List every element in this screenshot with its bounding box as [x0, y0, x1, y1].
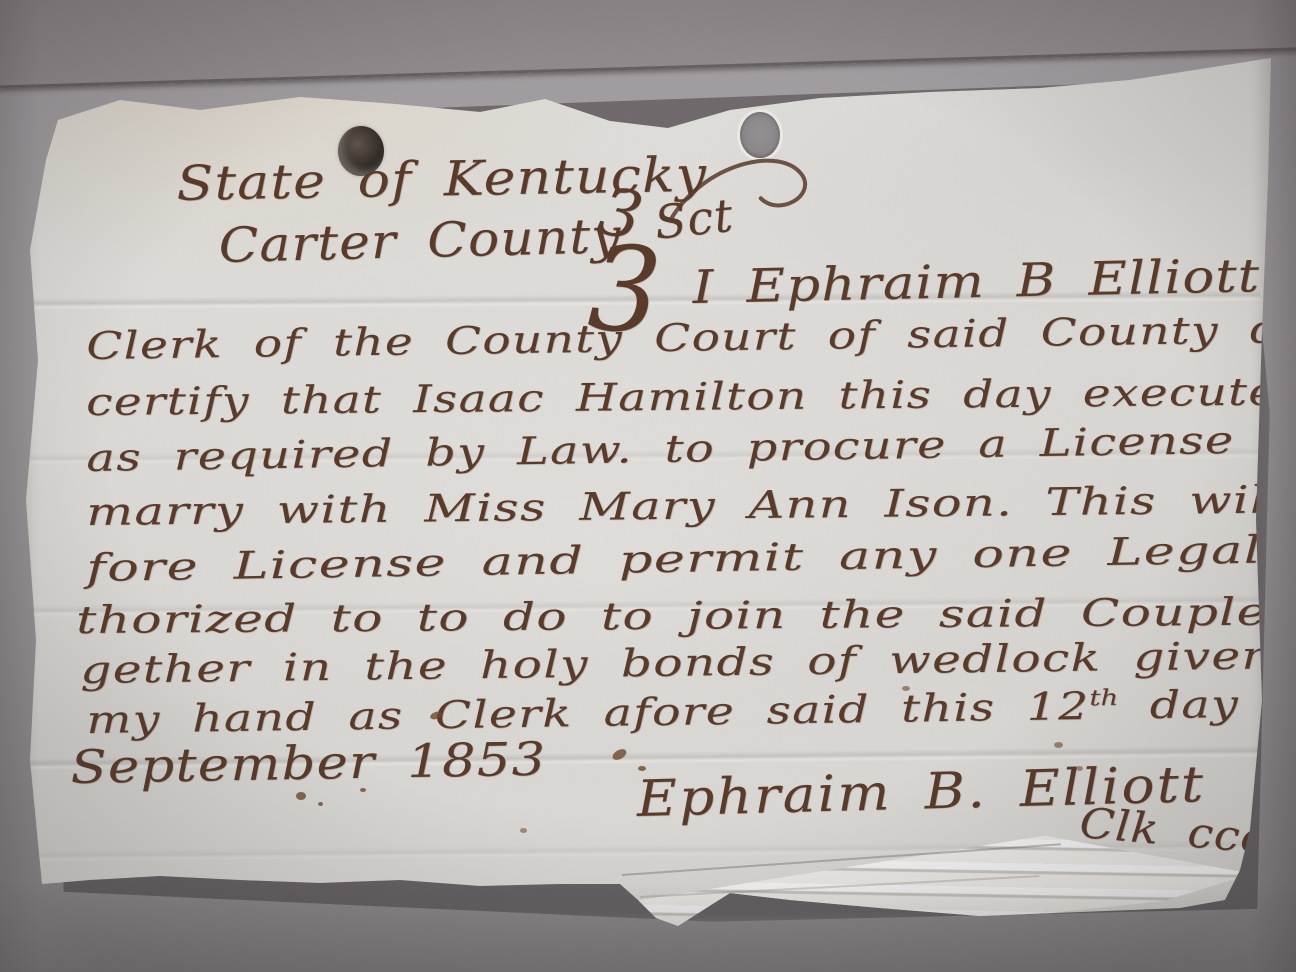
heading-county-line: Carter County — [218, 208, 622, 274]
intro-name-line: I Ephraim B Elliott — [692, 248, 1261, 314]
month-year-line: September 1853 — [70, 732, 547, 794]
ink-stain — [318, 802, 323, 806]
body-line-6: thorized to to do to join the said Coupl… — [76, 589, 1296, 642]
photo-scene: State of Kentucky Carter County 3 3 Sct … — [0, 0, 1296, 972]
table-surface-upper-strip — [0, 0, 1296, 89]
body-line-1: Clerk of the County Court of said County… — [86, 304, 1296, 368]
body-line-4: marry with Miss Mary Ann Ison. This will… — [86, 476, 1296, 534]
ink-stain — [520, 828, 527, 833]
body-line-3: as required by Law. to procure a License… — [86, 414, 1296, 480]
ink-stain — [638, 766, 646, 771]
date-line-suffix: day of — [1118, 681, 1296, 728]
body-line-5: fore License and permit any one Legally … — [86, 525, 1296, 590]
ink-stain — [902, 686, 910, 691]
pen-flourish — [660, 138, 829, 246]
ink-stain — [296, 792, 306, 800]
date-line-prefix: my hand as Clerk afore said this 12 — [86, 684, 1090, 742]
date-line: my hand as Clerk afore said this 12th da… — [86, 681, 1296, 742]
document-paper: State of Kentucky Carter County 3 3 Sct … — [0, 0, 1296, 972]
body-line-2: certify that Isaac Hamilton this day exe… — [86, 368, 1296, 424]
ink-stain — [1076, 766, 1083, 771]
ink-stain — [1054, 742, 1063, 748]
ink-stain — [360, 788, 366, 792]
date-ordinal-suffix: th — [1089, 686, 1118, 711]
